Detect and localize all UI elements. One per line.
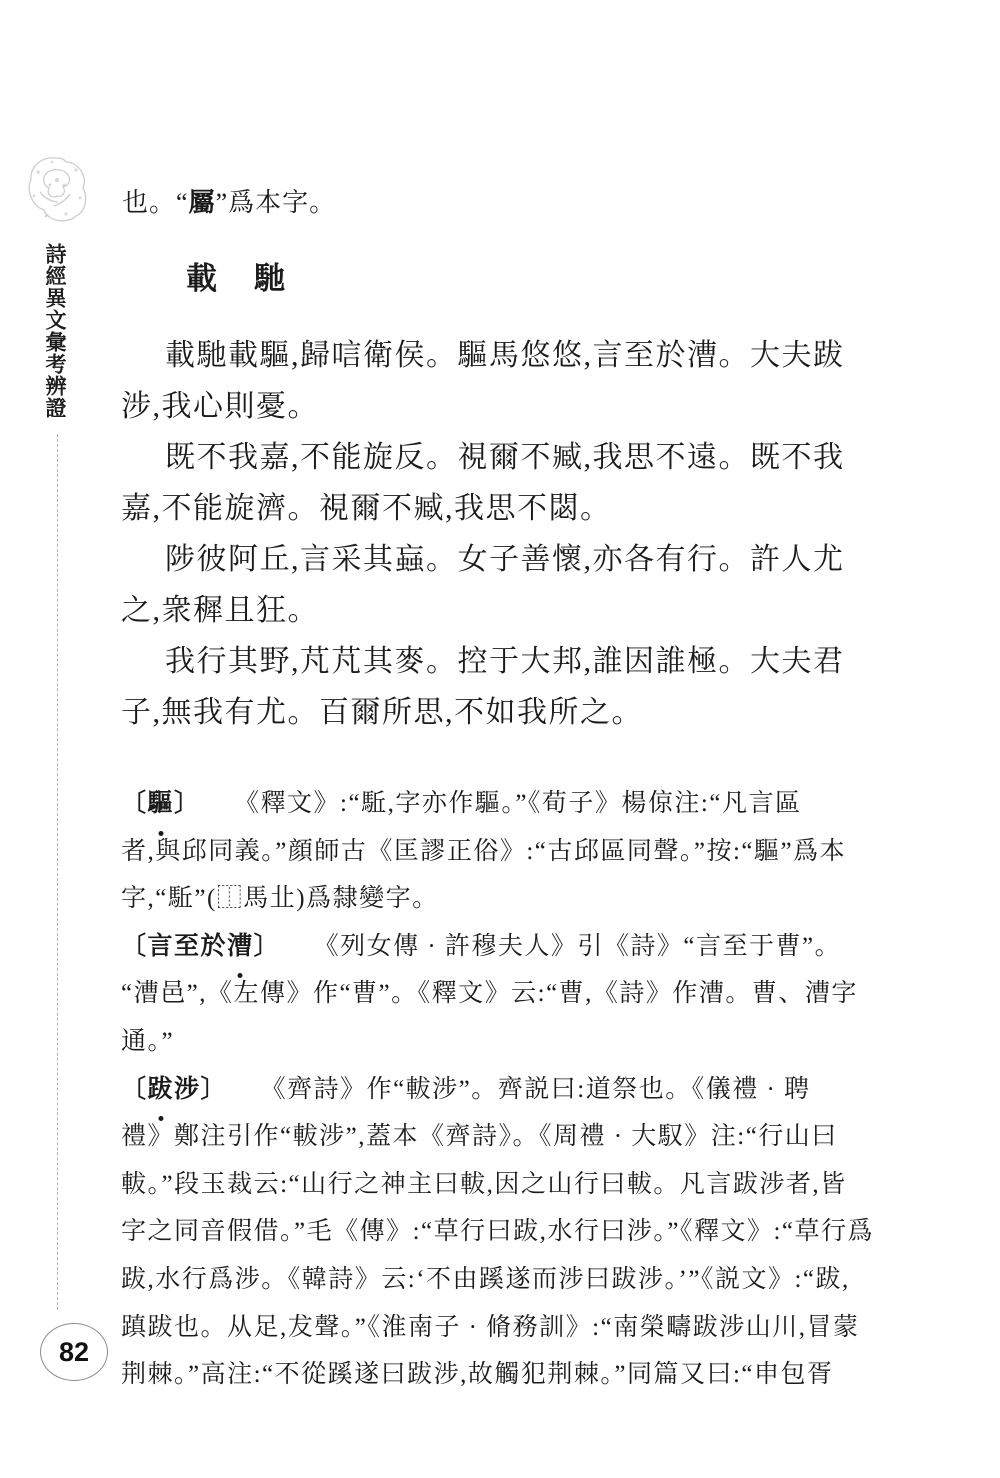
annotation-line: 通。”: [121, 1018, 941, 1066]
annotation-line: 〔驅〕《釋文》:“駈,字亦作驅。”《荀子》楊倞注:“凡言區: [121, 780, 941, 828]
annotation-headword: 〔言至於漕〕: [121, 933, 280, 960]
headword-char: 跋: [148, 1066, 175, 1114]
page-number-badge: 82: [40, 1323, 108, 1381]
intro-headword: 屬: [189, 188, 216, 217]
headword-char: 涉: [174, 1076, 201, 1103]
intro-paragraph: 也。“屬”爲本字。: [122, 182, 336, 219]
poem-line: 載馳載驅,歸唁衛侯。驅馬悠悠,言至於漕。大夫跋: [121, 330, 931, 381]
headword-char: 於: [201, 933, 228, 960]
intro-text: 也。“: [122, 188, 189, 217]
annotation-line: 跋,水行爲涉。《韓詩》云:‘不由蹊遂而涉曰跋涉。’”《説文》:“跋,: [121, 1256, 941, 1304]
annotation-block: 〔驅〕《釋文》:“駈,字亦作驅。”《荀子》楊倞注:“凡言區者,與邱同義。”顔師古…: [121, 780, 941, 923]
annotation-line: 〔跋涉〕《齊詩》作“軷涉”。齊説曰:道祭也。《儀禮 · 聘: [121, 1066, 941, 1114]
poem-line: 之,衆穉且狂。: [121, 585, 931, 636]
book-spine-title: 詩經異文彙考辨證: [42, 243, 68, 419]
headword-char: 〕: [254, 933, 281, 960]
headword-char: 〕: [201, 1076, 228, 1103]
poem: 載馳載驅,歸唁衛侯。驅馬悠悠,言至於漕。大夫跋涉,我心則憂。既不我嘉,不能旋反。…: [121, 330, 931, 738]
annotation-block: 〔言至於漕〕《列女傳 · 許穆夫人》引《詩》“言至于曹”。“漕邑”,《左傳》作“…: [121, 923, 941, 1066]
poem-line: 既不我嘉,不能旋反。視爾不臧,我思不遠。既不我: [121, 432, 931, 483]
headword-char: 〔: [121, 933, 148, 960]
annotation-text: 《列女傳 · 許穆夫人》引《詩》“言至于曹”。: [326, 933, 841, 960]
annotation-line: 禮》鄭注引作“軷涉”,蓋本《齊詩》。《周禮 · 大馭》注:“行山曰: [121, 1113, 941, 1161]
annotation-text: 《齊詩》作“軷涉”。齊説曰:道祭也。《儀禮 · 聘: [273, 1076, 810, 1103]
poem-line: 陟彼阿丘,言采其蝱。女子善懷,亦各有行。許人尤: [121, 534, 931, 585]
annotation-text: 《釋文》:“駈,字亦作驅。”《荀子》楊倞注:“凡言區: [247, 790, 802, 817]
annotation-headword: 〔跋涉〕: [121, 1076, 227, 1103]
annotation-line: 荆棘。”高注:“不從蹊遂曰跋涉,故觸犯荆棘。”同篇又曰:“申包胥: [121, 1351, 941, 1399]
seal-stamp-icon: [22, 152, 92, 234]
annotation-line: 蹎跋也。从足,犮聲。”《淮南子 · 脩務訓》:“南榮疇跋涉山川,冒蒙: [121, 1304, 941, 1352]
annotation-block: 〔跋涉〕《齊詩》作“軷涉”。齊説曰:道祭也。《儀禮 · 聘禮》鄭注引作“軷涉”,…: [121, 1066, 941, 1399]
headword-char: 漕: [227, 923, 254, 971]
headword-char: 〕: [174, 790, 201, 817]
headword-char: 言: [148, 933, 175, 960]
poem-line: 我行其野,芃芃其麥。控于大邦,誰因誰極。大夫君: [121, 636, 931, 687]
poem-line: 嘉,不能旋濟。視爾不臧,我思不閟。: [121, 483, 931, 534]
poem-section-title: 載 馳: [186, 253, 288, 298]
spine-divider: [57, 434, 58, 1310]
annotation-line: 軷。”段玉裁云:“山行之神主曰軷,因之山行曰軷。凡言跋涉者,皆: [121, 1161, 941, 1209]
poem-line: 涉,我心則憂。: [121, 381, 931, 432]
headword-char: 至: [174, 933, 201, 960]
annotation-line: 者,與邱同義。”顔師古《匡謬正俗》:“古邱區同聲。”按:“驅”爲本: [121, 828, 941, 876]
headword-char: 驅: [148, 780, 175, 828]
annotations: 〔驅〕《釋文》:“駈,字亦作驅。”《荀子》楊倞注:“凡言區者,與邱同義。”顔師古…: [121, 780, 941, 1399]
headword-char: 〔: [121, 1076, 148, 1103]
annotation-line: “漕邑”,《左傳》作“曹”。《釋文》云:“曹,《詩》作漕。曹、漕字: [121, 970, 941, 1018]
headword-char: 〔: [121, 790, 148, 817]
annotation-line: 〔言至於漕〕《列女傳 · 許穆夫人》引《詩》“言至于曹”。: [121, 923, 941, 971]
intro-text: ”爲本字。: [216, 188, 337, 217]
book-page: 詩經異文彙考辨證 82 也。“屬”爲本字。 載 馳 載馳載驅,歸唁衛侯。驅馬悠悠…: [0, 0, 1000, 1478]
annotation-line: 字之同音假借。”毛《傳》:“草行曰跋,水行曰涉。”《釋文》:“草行爲: [121, 1208, 941, 1256]
annotation-line: 字,“駈”(⿰馬㐀)爲隸變字。: [121, 875, 941, 923]
poem-line: 子,無我有尤。百爾所思,不如我所之。: [121, 687, 931, 738]
annotation-headword: 〔驅〕: [121, 790, 201, 817]
